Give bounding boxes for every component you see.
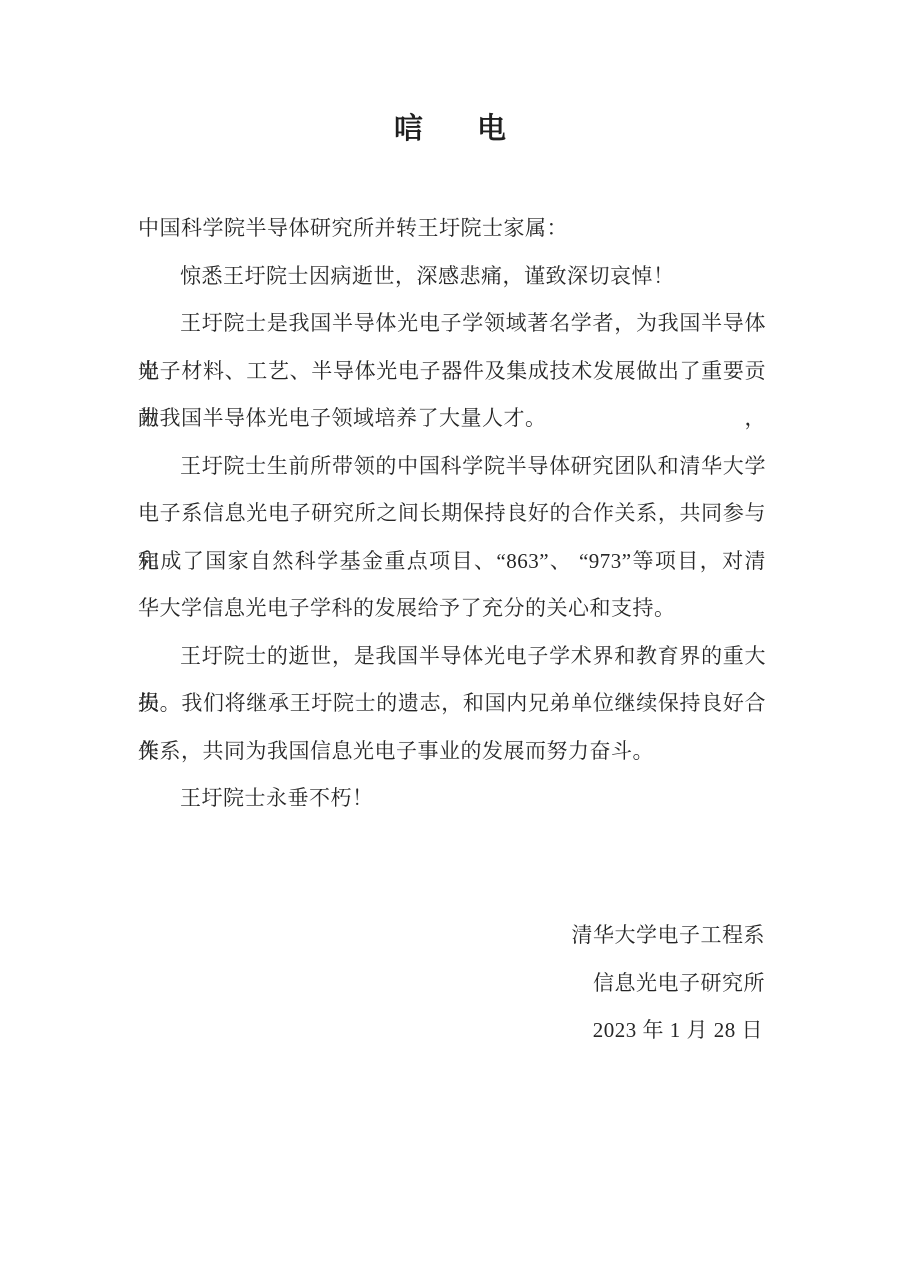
document-page: 唁 电 中国科学院半导体研究所并转王圩院士家属： 惊悉王圩院士因病逝世，深感悲痛… <box>0 0 900 1272</box>
body-line: 失。我们将继承王圩院士的遗志，和国内兄弟单位继续保持良好合作 <box>138 680 766 728</box>
signature-org-line-2: 信息光电子研究所 <box>572 960 766 1008</box>
body-line: 王圩院士永垂不朽！ <box>138 775 766 823</box>
body-line: 惊悉王圩院士因病逝世，深感悲痛，谨致深切哀悼！ <box>138 253 766 301</box>
body-line: 电子系信息光电子研究所之间长期保持良好的合作关系，共同参与和 <box>138 490 766 538</box>
body-line: 电子材料、工艺、半导体光电子器件及集成技术发展做出了重要贡献， <box>138 348 766 396</box>
signature-block: 清华大学电子工程系 信息光电子研究所 2023 年 1 月 28 日 <box>572 912 766 1055</box>
signature-org-line-1: 清华大学电子工程系 <box>572 912 766 960</box>
document-body: 中国科学院半导体研究所并转王圩院士家属： 惊悉王圩院士因病逝世，深感悲痛，谨致深… <box>138 205 766 823</box>
body-line: 关系，共同为我国信息光电子事业的发展而努力奋斗。 <box>138 728 766 776</box>
title-char-1: 唁 <box>394 112 423 146</box>
signature-date: 2023 年 1 月 28 日 <box>572 1007 766 1055</box>
salutation-line: 中国科学院半导体研究所并转王圩院士家属： <box>138 205 766 253</box>
title-char-2: 电 <box>477 112 506 146</box>
body-line: 王圩院士是我国半导体光电子学领域著名学者，为我国半导体光 <box>138 300 766 348</box>
document-title: 唁 电 <box>0 112 900 146</box>
body-line: 完成了国家自然科学基金重点项目、“863”、 “973”等项目，对清 <box>138 538 766 586</box>
body-line: 王圩院士的逝世，是我国半导体光电子学术界和教育界的重大损 <box>138 633 766 681</box>
body-line: 王圩院士生前所带领的中国科学院半导体研究团队和清华大学 <box>138 443 766 491</box>
body-line: 华大学信息光电子学科的发展给予了充分的关心和支持。 <box>138 585 766 633</box>
